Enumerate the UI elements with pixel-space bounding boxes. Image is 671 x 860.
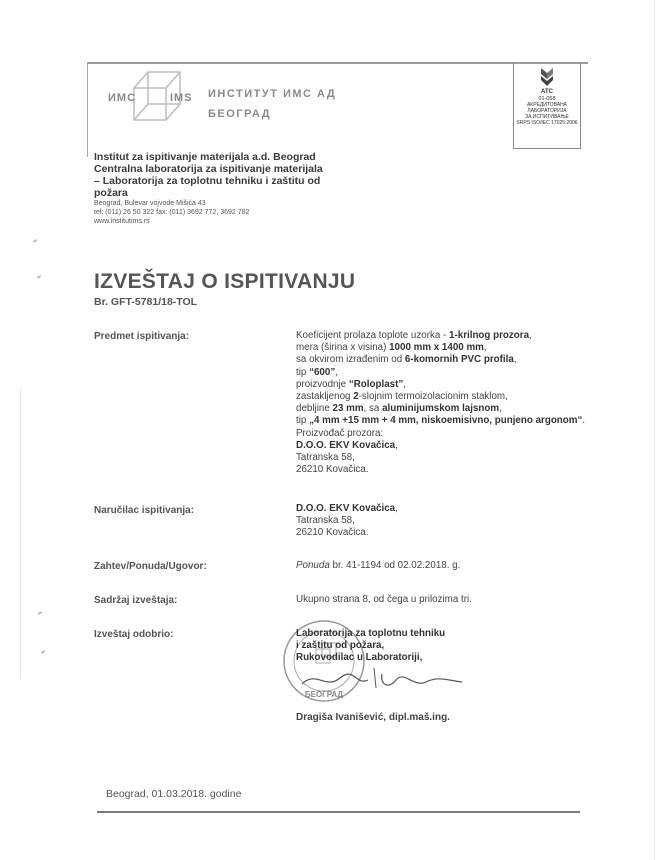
label-subject: Predmet ispitivanja: <box>94 331 189 342</box>
report-title: IZVEŠTAJ O ISPITIVANJU <box>94 270 355 294</box>
label-approved: Izveštaj odobrio: <box>94 629 173 640</box>
accreditation-badge: АТС 01-058 АКРЕДИТОВАНА ЛАБОРАТОРИЈА ЗА … <box>513 62 581 149</box>
manufacturer-label: Proizvođač prozora: <box>296 428 596 440</box>
label-contents: Sadržaj izveštaja: <box>94 595 177 606</box>
signer-name: Dragiša Ivanišević, dipl.maš.ing. <box>296 712 450 723</box>
page-edge <box>654 0 655 860</box>
value-client: D.O.O. EKV Kovačica, Tatranska 58, 26210… <box>296 503 596 540</box>
footer-divider <box>97 811 580 813</box>
logo-text-latin: IMS <box>170 92 193 104</box>
signature-icon <box>296 660 466 700</box>
label-client: Naručilac ispitivanja: <box>94 505 194 516</box>
value-contents: Ukupno strana 8, od čega u prilozima tri… <box>296 594 596 606</box>
value-subject: Koeficijent prolaza toplote uzorka - 1-k… <box>296 330 596 476</box>
manufacturer-name: D.O.O. EKV Kovačica <box>296 440 395 451</box>
scan-speck <box>37 275 41 279</box>
organization-phone: tel: (011) 26 50 322 fax: (011) 3692 772… <box>94 208 424 217</box>
organization-address: Beograd, Bulevar vojvode Mišića 43 <box>94 199 424 208</box>
scan-speck <box>33 239 37 243</box>
ims-logo: ИМС IMS <box>88 64 208 144</box>
accreditation-mark: АТС <box>514 89 580 95</box>
logo-text-cyrillic: ИМС <box>108 92 136 104</box>
organization-website: www.institutims.rs <box>94 217 424 226</box>
place-and-date: Beograd, 01.03.2018. godine <box>106 788 241 800</box>
scan-speck <box>38 611 42 615</box>
organization-info: Institut za ispitivanje materijala a.d. … <box>94 151 424 226</box>
institute-name-cyrillic: ИНСТИТУТ ИМС АД БЕОГРАД <box>208 84 336 124</box>
value-request: Ponuda br. 41-1194 od 02.02.2018. g. <box>296 560 596 572</box>
report-number: Br. GFT-5781/18-TOL <box>94 296 197 308</box>
scan-speck <box>41 650 45 654</box>
accreditation-standard: SRPS ISO/IEC 17025:2006 <box>514 120 580 126</box>
page-edge <box>20 388 21 678</box>
cube-icon <box>88 64 208 144</box>
label-request: Zahtev/Ponuda/Ugovor: <box>94 561 207 572</box>
ats-logo-icon <box>538 66 556 88</box>
